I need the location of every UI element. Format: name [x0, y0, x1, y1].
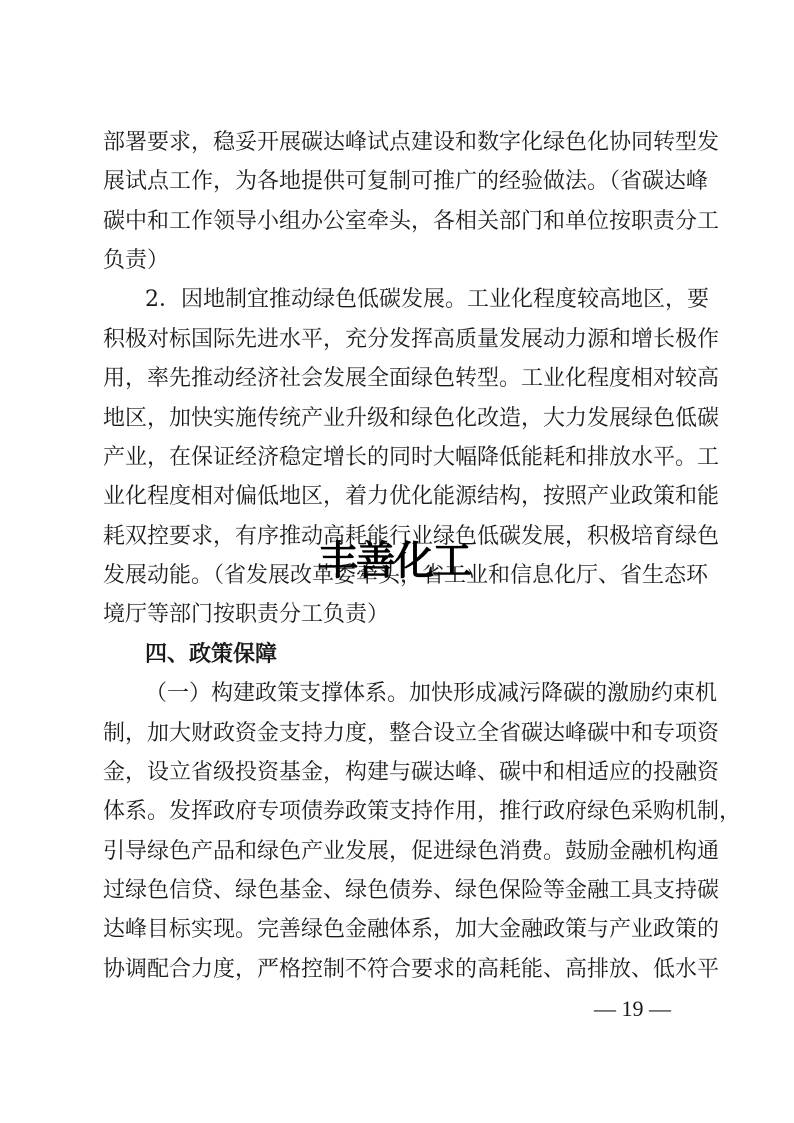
paragraph-2-line-3: 用，率先推动经济社会发展全面绿色转型。工业化程度相对较高: [103, 364, 693, 394]
paragraph-1-line-2: 展试点工作，为各地提供可复制可推广的经验做法。（省碳达峰: [103, 167, 693, 197]
paragraph-3-line-8: 协调配合力度，严格控制不符合要求的高耗能、高排放、低水平: [103, 955, 693, 985]
paragraph-3-line-2: 制，加大财政资金支持力度，整合设立全省碳达峰碳中和专项资: [103, 719, 693, 749]
document-page: 部署要求，稳妥开展碳达峰试点建设和数字化绿色化协同转型发 展试点工作，为各地提供…: [0, 0, 794, 1123]
page-number: — 19 —: [594, 994, 671, 1024]
paragraph-2-line-6: 业化程度相对偏低地区，着力优化能源结构，按照产业政策和能: [103, 482, 693, 512]
paragraph-2-line-2: 积极对标国际先进水平，充分发挥高质量发展动力源和增长极作: [103, 325, 693, 355]
watermark-text: 丰善化工: [318, 538, 470, 584]
paragraph-1-line-1: 部署要求，稳妥开展碳达峰试点建设和数字化绿色化协同转型发: [103, 128, 693, 158]
paragraph-1-line-4: 负责）: [103, 246, 693, 276]
paragraph-3-line-5: 引导绿色产品和绿色产业发展，促进绿色消费。鼓励金融机构通: [103, 837, 693, 867]
paragraph-2-line-5: 产业，在保证经济稳定增长的同时大幅降低能耗和排放水平。工: [103, 443, 693, 473]
paragraph-2-line-4: 地区，加快实施传统产业升级和绿色化改造，大力发展绿色低碳: [103, 404, 693, 434]
paragraph-3-line-6: 过绿色信贷、绿色基金、绿色债券、绿色保险等金融工具支持碳: [103, 876, 693, 906]
paragraph-3-line-4: 体系。发挥政府专项债券政策支持作用，推行政府绿色采购机制，: [103, 797, 693, 827]
paragraph-2-line-1: 2．因地制宜推动绿色低碳发展。工业化程度较高地区，要: [145, 285, 693, 315]
paragraph-1-line-3: 碳中和工作领导小组办公室牵头，各相关部门和单位按职责分工: [103, 207, 693, 237]
paragraph-3-line-3: 金，设立省级投资基金，构建与碳达峰、碳中和相适应的投融资: [103, 758, 693, 788]
paragraph-3-line-1: （一）构建政策支撑体系。加快形成减污降碳的激励约束机: [145, 679, 693, 709]
paragraph-2-line-9: 境厅等部门按职责分工负责）: [103, 600, 693, 630]
paragraph-3-line-7: 达峰目标实现。完善绿色金融体系，加大金融政策与产业政策的: [103, 915, 693, 945]
section-heading-policy-guarantee: 四、政策保障: [145, 640, 277, 670]
